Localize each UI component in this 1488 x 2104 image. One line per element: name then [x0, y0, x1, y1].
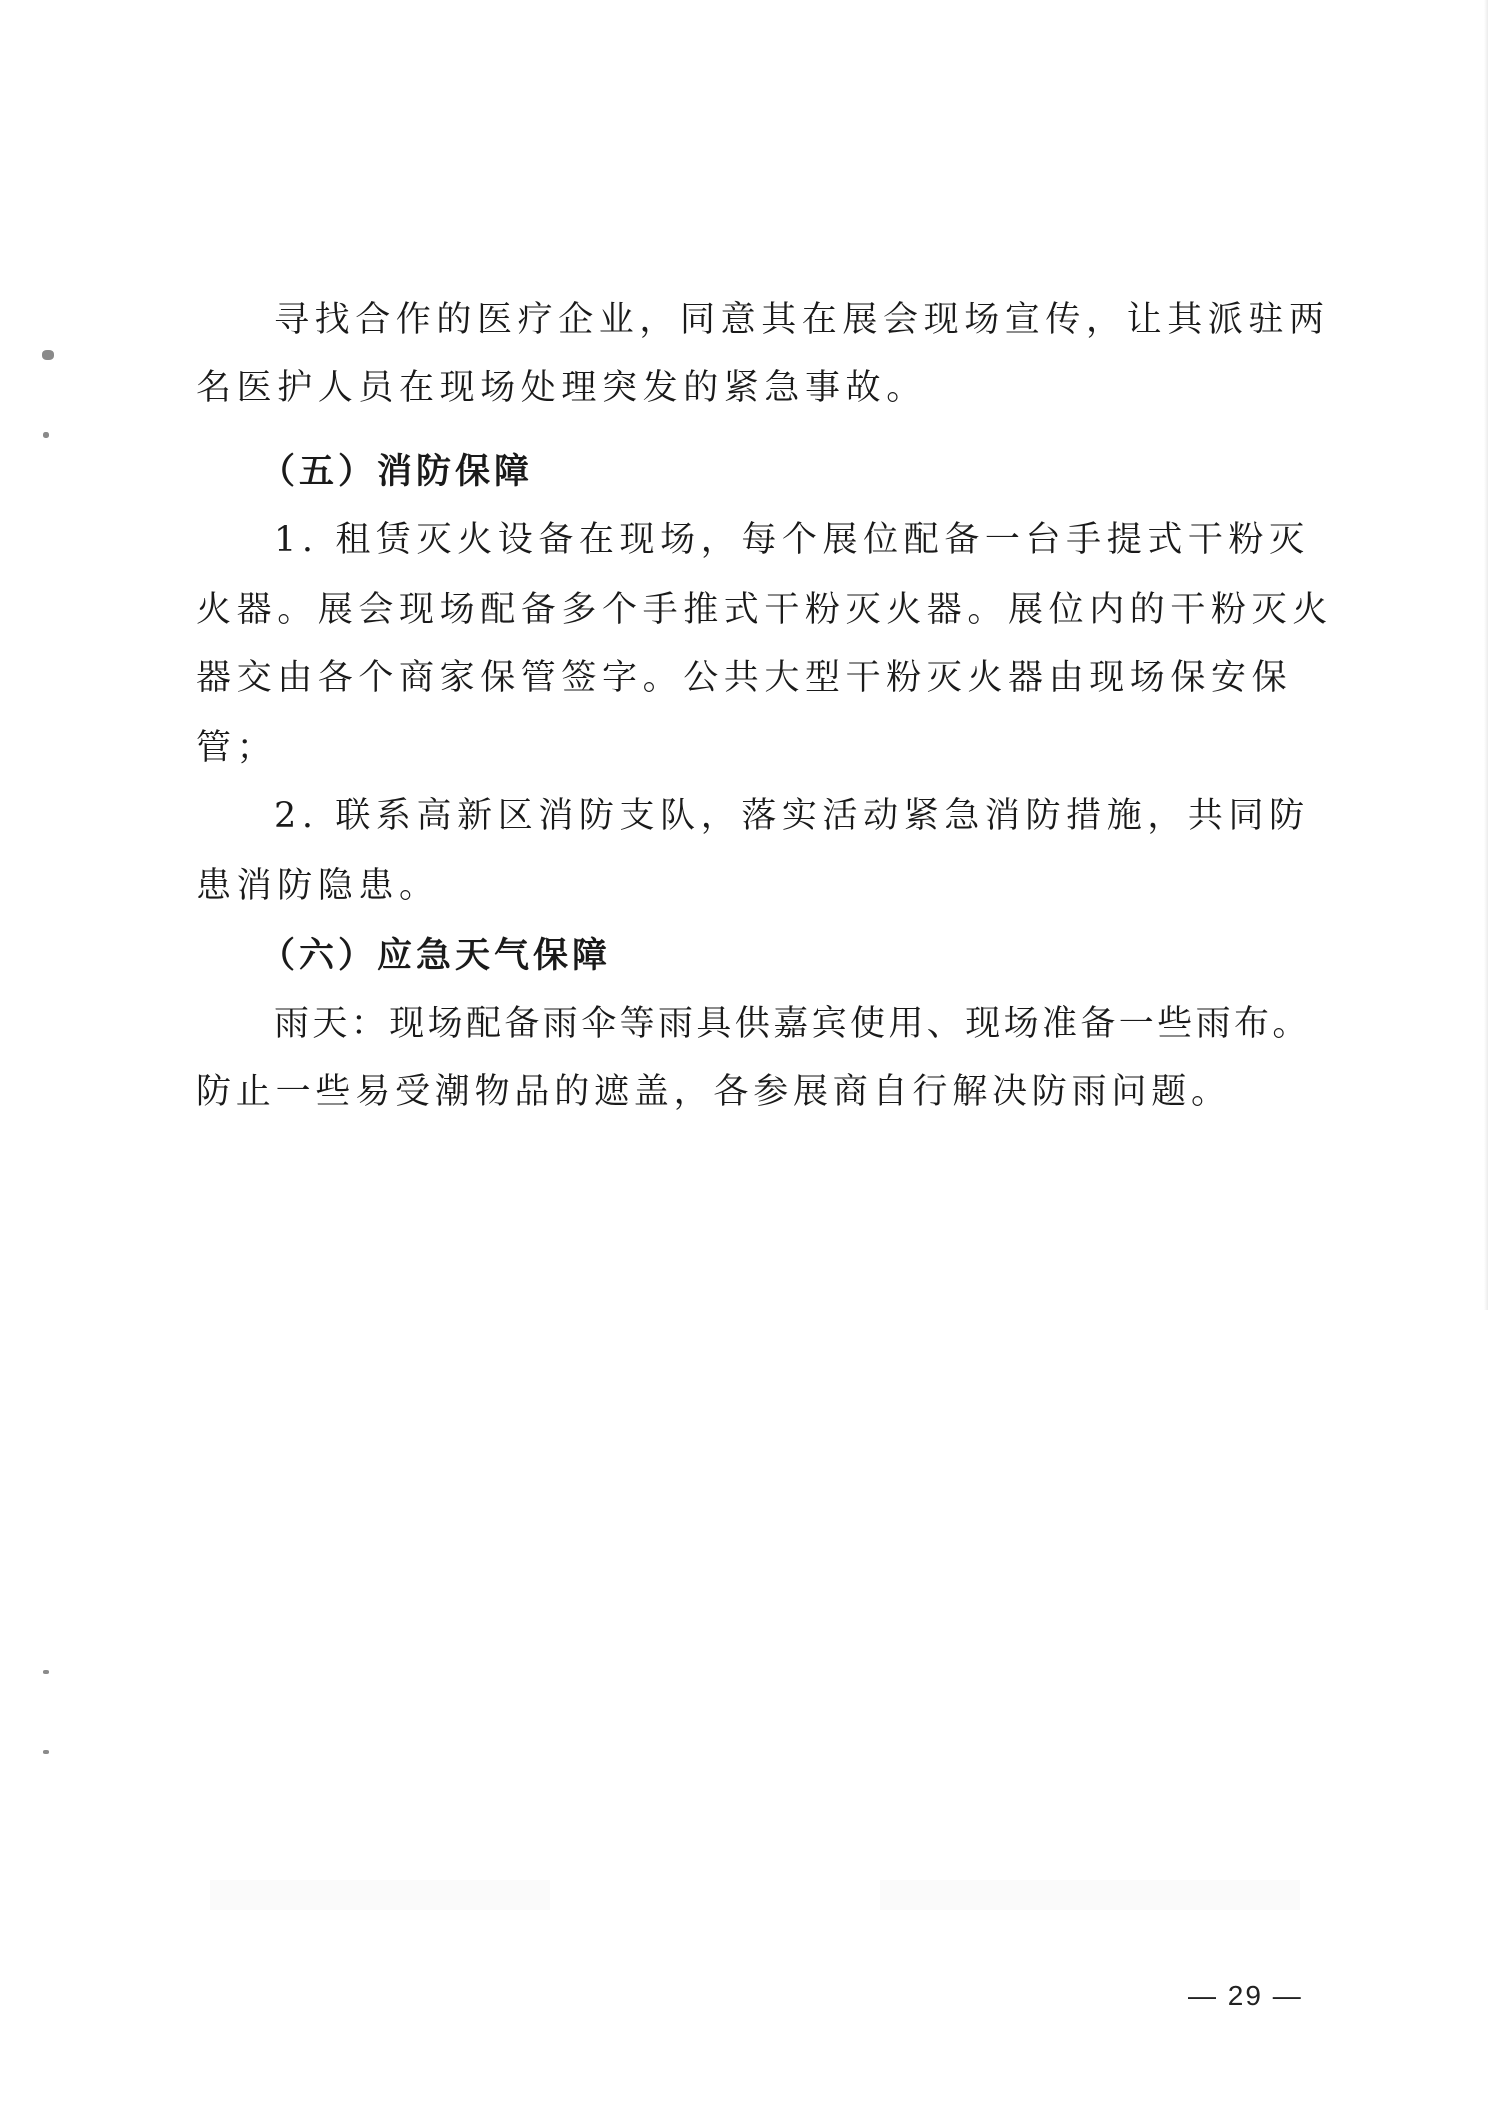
paragraph-line: 1. 租赁灭火设备在现场，每个展位配备一台手提式干粉灭	[274, 520, 1310, 560]
page-edge-shadow	[1484, 0, 1488, 1310]
scan-speck	[42, 350, 54, 360]
paragraph-line: 管；	[196, 728, 277, 768]
document-page: 寻找合作的医疗企业，同意其在展会现场宣传，让其派驻两 名医护人员在现场处理突发的…	[0, 0, 1488, 2104]
bleed-through-left	[210, 1880, 550, 1910]
paragraph-line: 患消防隐患。	[196, 866, 440, 906]
paragraph-line: 名医护人员在现场处理突发的紧急事故。	[196, 368, 927, 408]
bleed-through-right	[880, 1880, 1300, 1910]
page-number: — 29 —	[1188, 1980, 1303, 2012]
paragraph-line: 寻找合作的医疗企业，同意其在展会现场宣传，让其派驻两	[274, 300, 1330, 340]
paragraph-line: 器交由各个商家保管签字。公共大型干粉灭火器由现场保安保	[196, 658, 1292, 698]
paragraph-line: 火器。展会现场配备多个手推式干粉灭火器。展位内的干粉灭火	[196, 590, 1333, 630]
section-heading-weather: （六）应急天气保障	[260, 936, 611, 976]
section-heading-fire-safety: （五）消防保障	[260, 452, 533, 492]
scan-speck	[43, 1750, 49, 1754]
scan-speck	[43, 432, 49, 438]
scan-speck	[43, 1670, 49, 1674]
paragraph-line: 防止一些易受潮物品的遮盖，各参展商自行解决防雨问题。	[196, 1072, 1231, 1112]
paragraph-line: 雨天：现场配备雨伞等雨具供嘉宾使用、现场准备一些雨布。	[274, 1004, 1311, 1044]
paragraph-line: 2. 联系高新区消防支队，落实活动紧急消防措施，共同防	[274, 796, 1310, 836]
